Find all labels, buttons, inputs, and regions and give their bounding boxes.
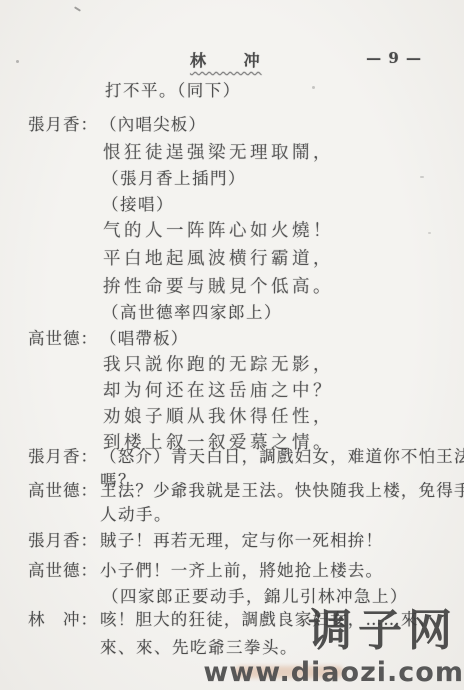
stage-cue: （內唱尖板）	[100, 112, 206, 138]
script-line-verse: 拚性命要与賊見个低高。	[28, 274, 452, 300]
script-line: 林 冲： 咳！胆大的狂徒，調戲良家妇女，……來、	[28, 607, 452, 633]
play-title: 林 冲	[190, 48, 262, 71]
dialogue-text: 賊子！再若无理，定与你一死相拚！	[100, 528, 383, 554]
dialogue-text: （怒介）青天白日，調戲妇女，难道你不怕王法	[100, 444, 464, 470]
speaker-name: 林 冲：	[28, 607, 100, 633]
scan-speck	[420, 176, 424, 178]
dialogue-text: 咳！胆大的狂徒，調戲良家妇女，……來、	[100, 607, 436, 633]
script-block-final: 林 冲： 咳！胆大的狂徒，調戲良家妇女，……來、 來、來、先吃爺三拳头。	[28, 607, 452, 659]
page-number: — 9 —	[366, 49, 422, 67]
script-line-verse: 劝娘子順从我休得任性，	[28, 404, 452, 430]
page-header: 林 冲 — 9 —	[0, 48, 464, 72]
script-line-verse: 恨狂徒逞强梁无理取鬧，	[28, 140, 452, 166]
script-line-verse: 我只説你跑的无踪无影，	[28, 352, 452, 378]
dialogue-text: 王法？少爺我就是王法。快快随我上楼，免得手下	[100, 478, 464, 504]
stage-direction: （張月香上插門）	[28, 166, 452, 192]
script-block-exchange-2: 高世德： 王法？少爺我就是王法。快快随我上楼，免得手下 人动手。	[28, 478, 452, 526]
script-line: 張月香： 賊子！再若无理，定与你一死相拚！	[28, 528, 452, 554]
speaker-name: 高世德：	[28, 478, 100, 504]
scan-speck	[312, 86, 315, 89]
script-line-verse: 却为何还在这岳庙之中？	[28, 378, 452, 404]
scan-speck	[428, 232, 431, 234]
script-block-opening: 打不平。（同下） 張月香： （內唱尖板） 恨狂徒逞强梁无理取鬧， （張月香上插門…	[28, 78, 452, 456]
stage-cue: （唱帶板）	[100, 326, 189, 352]
script-line: 高世德： 王法？少爺我就是王法。快快随我上楼，免得手下	[28, 478, 452, 504]
stage-direction: （高世德率四家郎上）	[28, 300, 452, 326]
dialogue-text: 小子們！一齐上前，將她抢上楼去。	[100, 558, 383, 584]
script-line: 張月香： （內唱尖板）	[28, 112, 452, 138]
script-line: 張月香： （怒介）青天白日，調戲妇女，难道你不怕王法	[28, 444, 452, 470]
dialogue-continuation: 人动手。	[28, 504, 452, 526]
script-line: 打不平。（同下）	[28, 78, 452, 104]
speaker-name: 張月香：	[28, 528, 100, 554]
script-block-exchange-3: 張月香： 賊子！再若无理，定与你一死相拚！ 高世德： 小子們！一齐上前，將她抢上…	[28, 528, 452, 610]
script-line: 高世德： 小子們！一齐上前，將她抢上楼去。	[28, 558, 452, 584]
speaker-name: 高世德：	[28, 326, 100, 352]
speaker-name: 張月香：	[28, 444, 100, 470]
script-line-verse: 气的人一阵阵心如火燒！	[28, 218, 452, 244]
script-line: 高世德： （唱帶板）	[28, 326, 452, 352]
script-line-verse: 平白地起風波横行霸道，	[28, 246, 452, 272]
speaker-name: 張月香：	[28, 112, 100, 138]
dialogue-continuation: 來、來、先吃爺三拳头。	[28, 637, 452, 659]
stage-cue: （接唱）	[28, 192, 452, 218]
speaker-name: 高世德：	[28, 558, 100, 584]
scan-speck	[16, 60, 19, 63]
